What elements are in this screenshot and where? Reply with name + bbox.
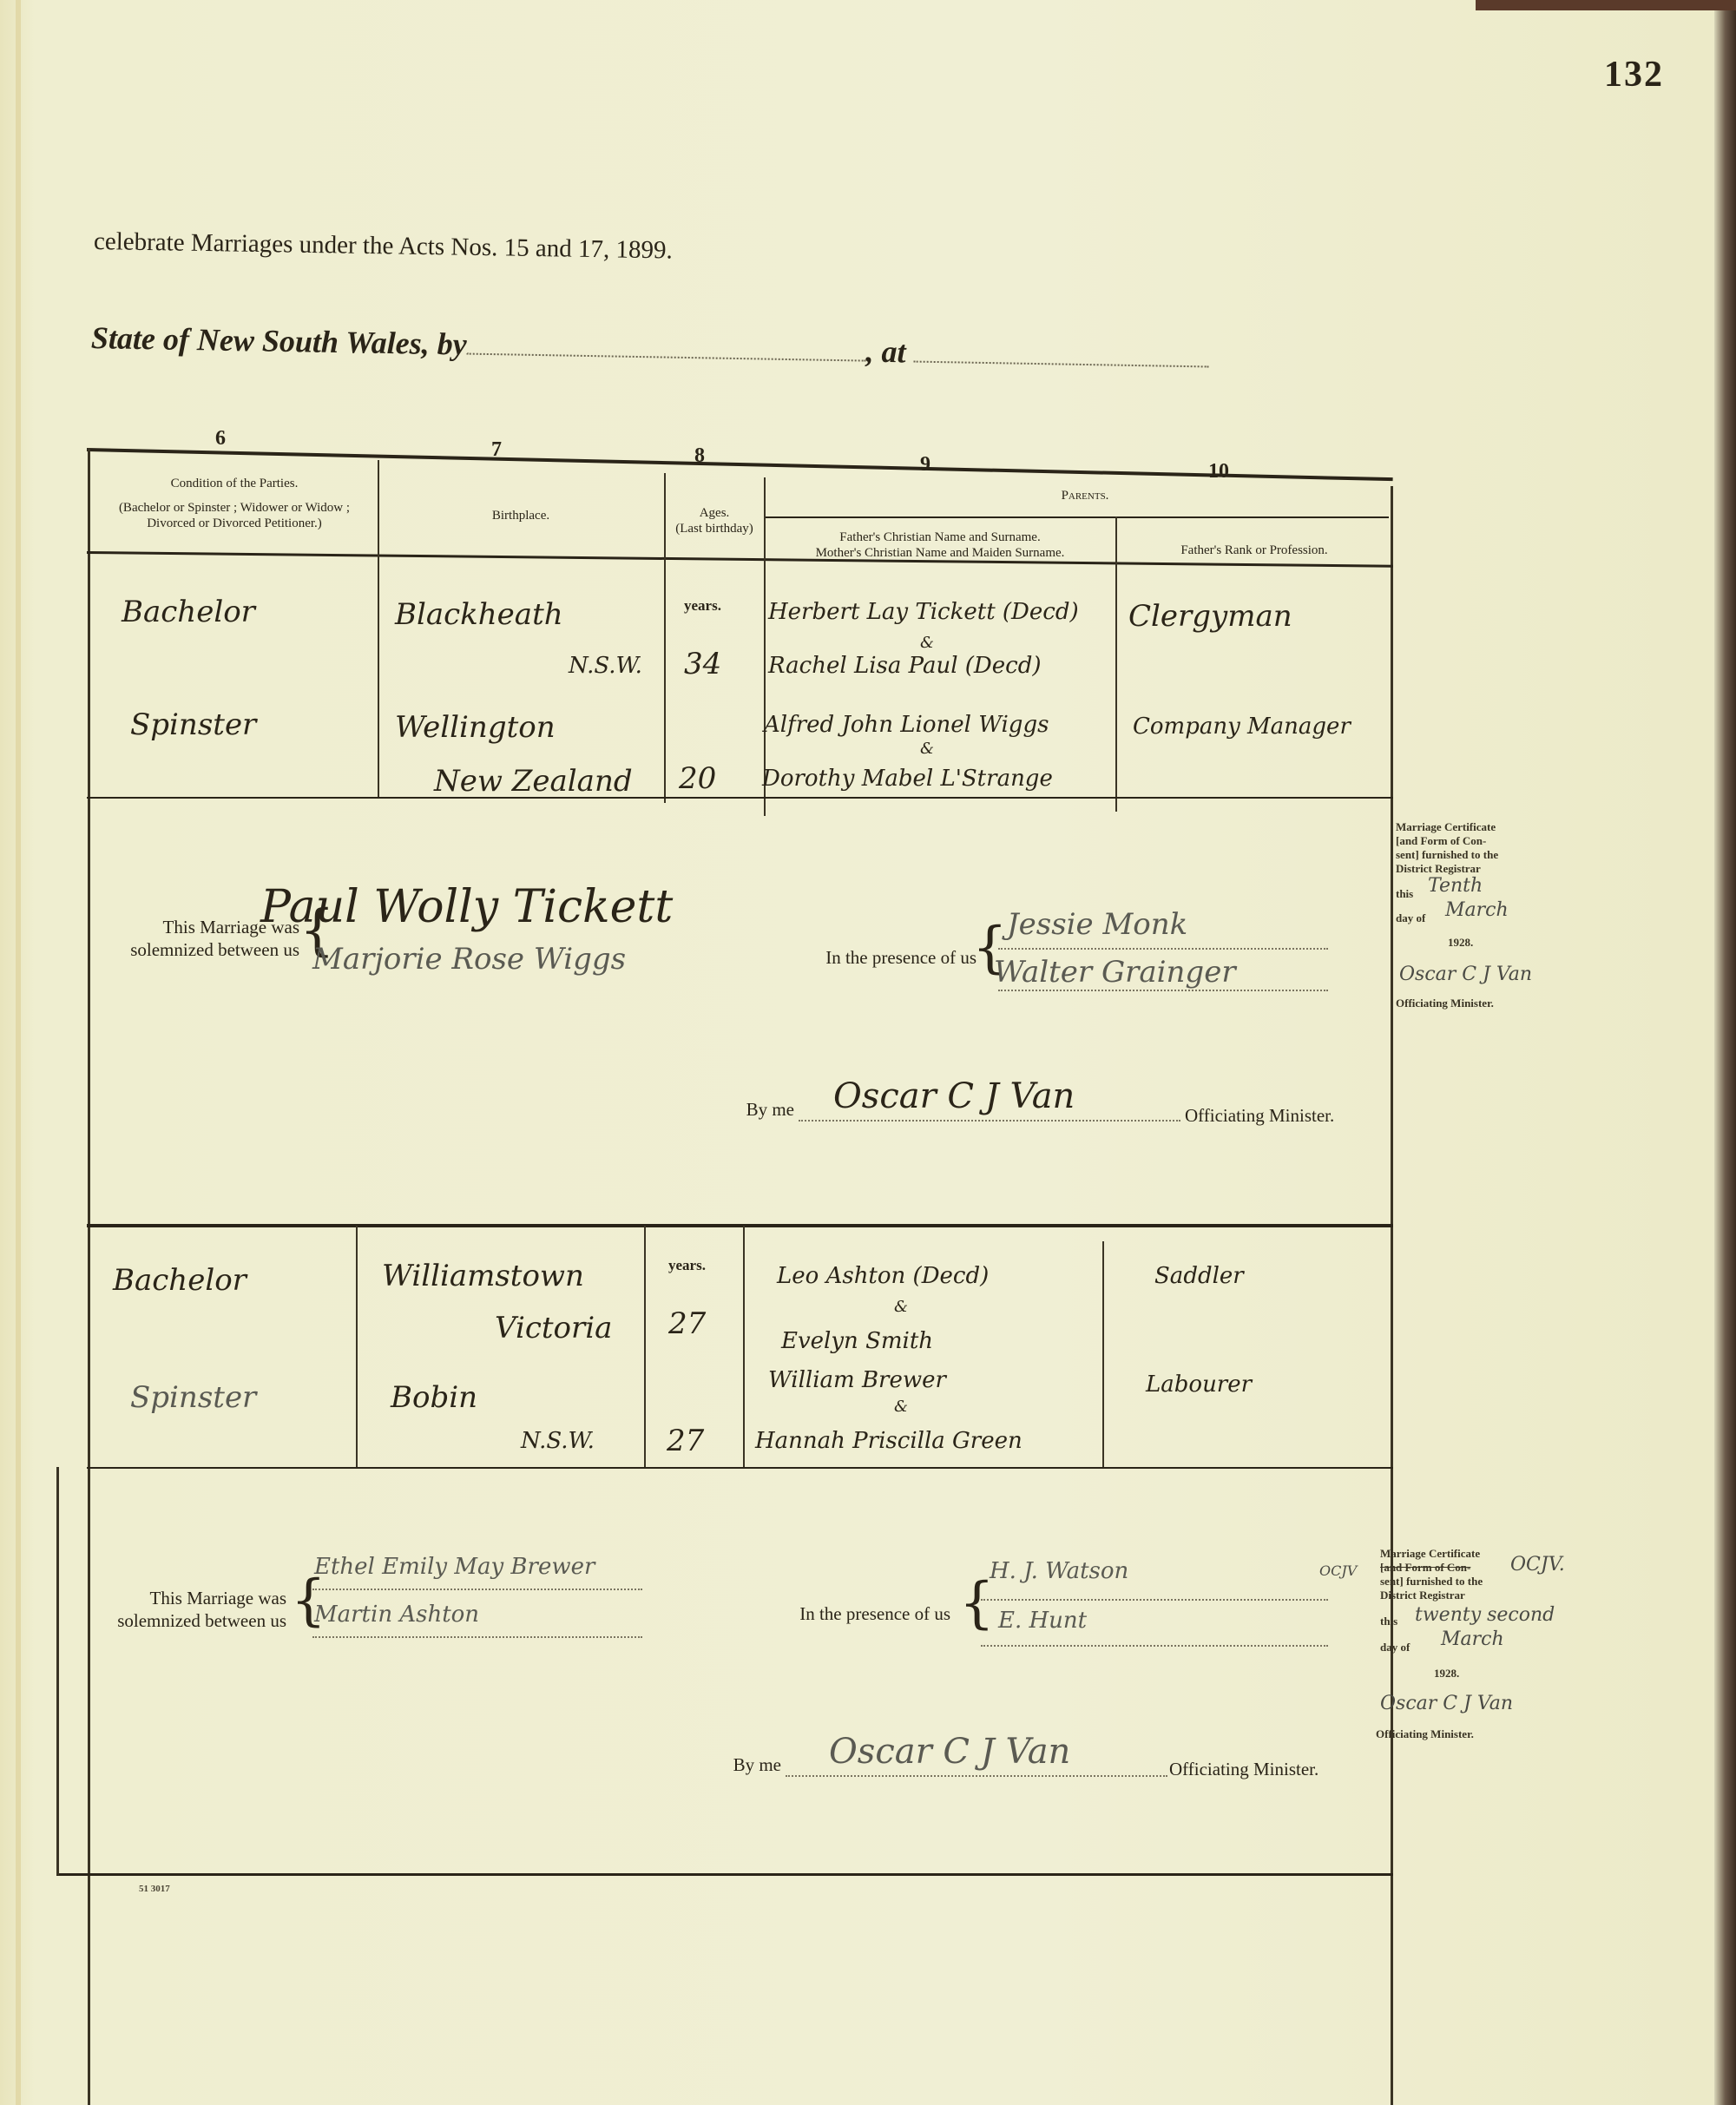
- e1-bride-father: Alfred John Lionel Wiggs: [764, 712, 1049, 738]
- header-condition-subtitle: (Bachelor or Spinster ; Widower or Widow…: [95, 500, 373, 531]
- e2-bride-and: &: [894, 1398, 908, 1416]
- header-condition: Condition of the Parties. (Bachelor or S…: [95, 476, 373, 531]
- e1-groom-and: &: [920, 634, 934, 652]
- e2-groom-mother: Evelyn Smith: [781, 1328, 933, 1354]
- e2-cert-this: this: [1380, 1615, 1397, 1628]
- e2-cert-initials: OCJV.: [1510, 1554, 1565, 1575]
- book-cover-top: [1476, 0, 1736, 10]
- heading-state-prefix: State of New South Wales, by: [91, 320, 467, 362]
- e1-cert-line1: Marriage Certificate: [1396, 820, 1498, 834]
- e1-officiating-minister-label: Officiating Minister.: [1185, 1104, 1334, 1127]
- e2-groom-age: 27: [668, 1306, 706, 1341]
- e1-cert-minister-signature: Oscar C J Van: [1399, 964, 1532, 985]
- e1-witness-1-line: [998, 948, 1328, 950]
- e1-by-me-label: By me: [712, 1098, 794, 1121]
- e2-col-divider-10: [1102, 1241, 1104, 1469]
- header-ages-subtitle: (Last birthday): [667, 521, 762, 536]
- column-number-10: 10: [1208, 460, 1229, 483]
- e2-solemnized-line2: solemnized between us: [87, 1609, 286, 1632]
- e2-cert-day-of: day of: [1380, 1641, 1410, 1654]
- e1-minister-signature: Oscar C J Van: [833, 1076, 1075, 1116]
- e2-left-rule: [56, 1467, 59, 1875]
- e1-certificate-note: Marriage Certificate [and Form of Con- s…: [1396, 820, 1498, 876]
- e2-bride-mother: Hannah Priscilla Green: [755, 1428, 1023, 1454]
- e2-witness-2-line: [981, 1645, 1328, 1647]
- e1-cert-line3: sent] furnished to the: [1396, 848, 1498, 862]
- book-edge: [1714, 0, 1736, 2105]
- register-page: [0, 0, 1723, 2105]
- e1-bride-birthplace-2: New Zealand: [434, 764, 633, 799]
- column-number-6: 6: [215, 427, 226, 451]
- e1-cert-line4: District Registrar: [1396, 862, 1498, 876]
- e1-cert-day-of: day of: [1396, 911, 1425, 925]
- page-number: 132: [1604, 54, 1664, 95]
- e1-bride-condition: Spinster: [130, 707, 256, 742]
- e1-cert-this: this: [1396, 887, 1413, 901]
- header-father-profession: Father's Rank or Profession.: [1120, 543, 1389, 558]
- e2-witness-margin-initials: OCJV: [1319, 1562, 1357, 1579]
- e2-certificate-note: Marriage Certificate [and Form of Con- s…: [1380, 1547, 1483, 1602]
- e1-groom-birthplace-1: Blackheath: [395, 597, 563, 632]
- e2-witness-1-line: [981, 1599, 1328, 1601]
- e2-signature-1-line: [312, 1589, 642, 1590]
- form-code: 51 3017: [139, 1884, 170, 1894]
- e2-groom-birthplace-1: Williamstown: [382, 1259, 584, 1293]
- e2-bride-father-profession: Labourer: [1146, 1372, 1252, 1398]
- e2-cert-officiating-label: Officiating Minister.: [1376, 1727, 1474, 1741]
- e2-witness-2: E. Hunt: [998, 1608, 1087, 1634]
- e2-cert-line3: sent] furnished to the: [1380, 1575, 1483, 1589]
- header-ages: Ages. (Last birthday): [667, 505, 762, 536]
- e1-minister-line: [799, 1120, 1180, 1122]
- e2-bride-birthplace-1: Bobin: [391, 1380, 477, 1415]
- table-left-rule: [88, 448, 90, 2105]
- e1-witness-2: Walter Grainger: [994, 955, 1236, 990]
- header-ages-title: Ages.: [667, 505, 762, 521]
- e2-col-divider-7: [356, 1226, 358, 1469]
- e2-minister-signature: Oscar C J Van: [829, 1732, 1070, 1772]
- e1-presence-label: In the presence of us: [764, 946, 976, 969]
- e2-groom-father-profession: Saddler: [1154, 1263, 1244, 1289]
- e2-cert-line2: [and Form of Con-: [1380, 1561, 1483, 1575]
- e1-bride-age: 20: [679, 761, 716, 796]
- e2-minister-line: [786, 1775, 1167, 1777]
- e2-groom-condition: Bachelor: [113, 1263, 247, 1298]
- e2-years-label: years.: [668, 1257, 706, 1274]
- e2-bride-birthplace-2: N.S.W.: [521, 1428, 595, 1454]
- header-birthplace: Birthplace.: [382, 508, 660, 523]
- parents-group-rule: [764, 516, 1389, 518]
- e2-cert-day: twenty second: [1415, 1604, 1555, 1626]
- e1-cert-line2: [and Form of Con-: [1396, 834, 1498, 848]
- e1-groom-father: Herbert Lay Tickett (Decd): [768, 599, 1079, 625]
- header-condition-title: Condition of the Parties.: [95, 476, 373, 491]
- e2-groom-father: Leo Ashton (Decd): [777, 1263, 989, 1289]
- e2-signature-bride: Ethel Emily May Brewer: [314, 1554, 595, 1580]
- e1-cert-officiating-label: Officiating Minister.: [1396, 997, 1494, 1010]
- e1-cert-year: 1928.: [1448, 936, 1473, 950]
- e2-bride-age: 27: [667, 1424, 704, 1458]
- e1-signature-groom: Paul Wolly Tickett: [260, 881, 673, 933]
- e2-by-me-label: By me: [694, 1753, 781, 1776]
- col-divider-7: [378, 460, 379, 799]
- e1-cert-month: March: [1445, 899, 1509, 921]
- e2-cert-line4: District Registrar: [1380, 1589, 1483, 1602]
- col-divider-8: [664, 473, 666, 803]
- e2-signature-groom: Martin Ashton: [314, 1602, 479, 1628]
- e2-col-divider-8: [644, 1226, 646, 1469]
- heading-state-at: , at: [865, 334, 906, 370]
- e1-bride-and: &: [920, 740, 934, 758]
- e1-bride-mother: Dorothy Mabel L'Strange: [762, 766, 1053, 792]
- e2-groom-and: &: [894, 1298, 908, 1316]
- e1-bride-birthplace-1: Wellington: [395, 710, 556, 745]
- col-divider-10: [1115, 516, 1117, 812]
- e1-witness-1: Jessie Monk: [1007, 907, 1187, 942]
- column-number-9: 9: [920, 453, 930, 477]
- e1-cert-day: Tenth: [1428, 875, 1483, 897]
- e2-cert-year: 1928.: [1434, 1667, 1459, 1681]
- e2-signature-2-line: [312, 1636, 642, 1638]
- e2-col-divider-9: [743, 1226, 745, 1469]
- header-parents-names: Father's Christian Name and Surname. Mot…: [766, 530, 1114, 561]
- e1-groom-condition: Bachelor: [122, 595, 255, 629]
- table-right-rule: [1391, 486, 1393, 2105]
- table-bottom-rule: [56, 1873, 1393, 1876]
- header-parents-group: Parents.: [955, 488, 1215, 503]
- e1-groom-father-profession: Clergyman: [1128, 599, 1292, 634]
- e1-signature-bride: Marjorie Rose Wiggs: [312, 942, 626, 977]
- e2-cert-month: March: [1441, 1628, 1504, 1650]
- e1-groom-mother: Rachel Lisa Paul (Decd): [768, 653, 1042, 679]
- e2-details-bottom-rule: [87, 1467, 1393, 1469]
- e2-cert-line1: Marriage Certificate: [1380, 1547, 1483, 1561]
- e1-bride-father-profession: Company Manager: [1133, 714, 1351, 740]
- at-blank: [913, 339, 1208, 368]
- by-blank: [466, 331, 865, 362]
- e2-solemnized-label: This Marriage was solemnized between us: [87, 1587, 286, 1632]
- header-father-name: Father's Christian Name and Surname.: [766, 530, 1114, 545]
- binding-gutter: [16, 0, 21, 2105]
- e1-groom-age: 34: [684, 647, 721, 681]
- e1-witness-2-line: [998, 990, 1328, 991]
- e2-officiating-minister-label: Officiating Minister.: [1169, 1758, 1318, 1780]
- e2-presence-label: In the presence of us: [746, 1602, 950, 1625]
- e1-groom-birthplace-2: N.S.W.: [569, 653, 642, 679]
- e1-solemnized-line2: solemnized between us: [91, 938, 299, 961]
- e2-witness-1: H. J. Watson: [990, 1558, 1128, 1584]
- e2-cert-minister-signature: Oscar C J Van: [1380, 1693, 1513, 1714]
- e2-groom-birthplace-2: Victoria: [495, 1311, 612, 1345]
- e2-top-rule: [87, 1224, 1393, 1227]
- e1-years-label: years.: [684, 597, 721, 615]
- e2-bride-condition: Spinster: [130, 1380, 256, 1415]
- header-mother-name: Mother's Christian Name and Maiden Surna…: [766, 545, 1114, 561]
- e2-bride-father: William Brewer: [768, 1367, 946, 1393]
- e1-details-bottom-rule: [87, 797, 1393, 799]
- e2-solemnized-line1: This Marriage was: [87, 1587, 286, 1609]
